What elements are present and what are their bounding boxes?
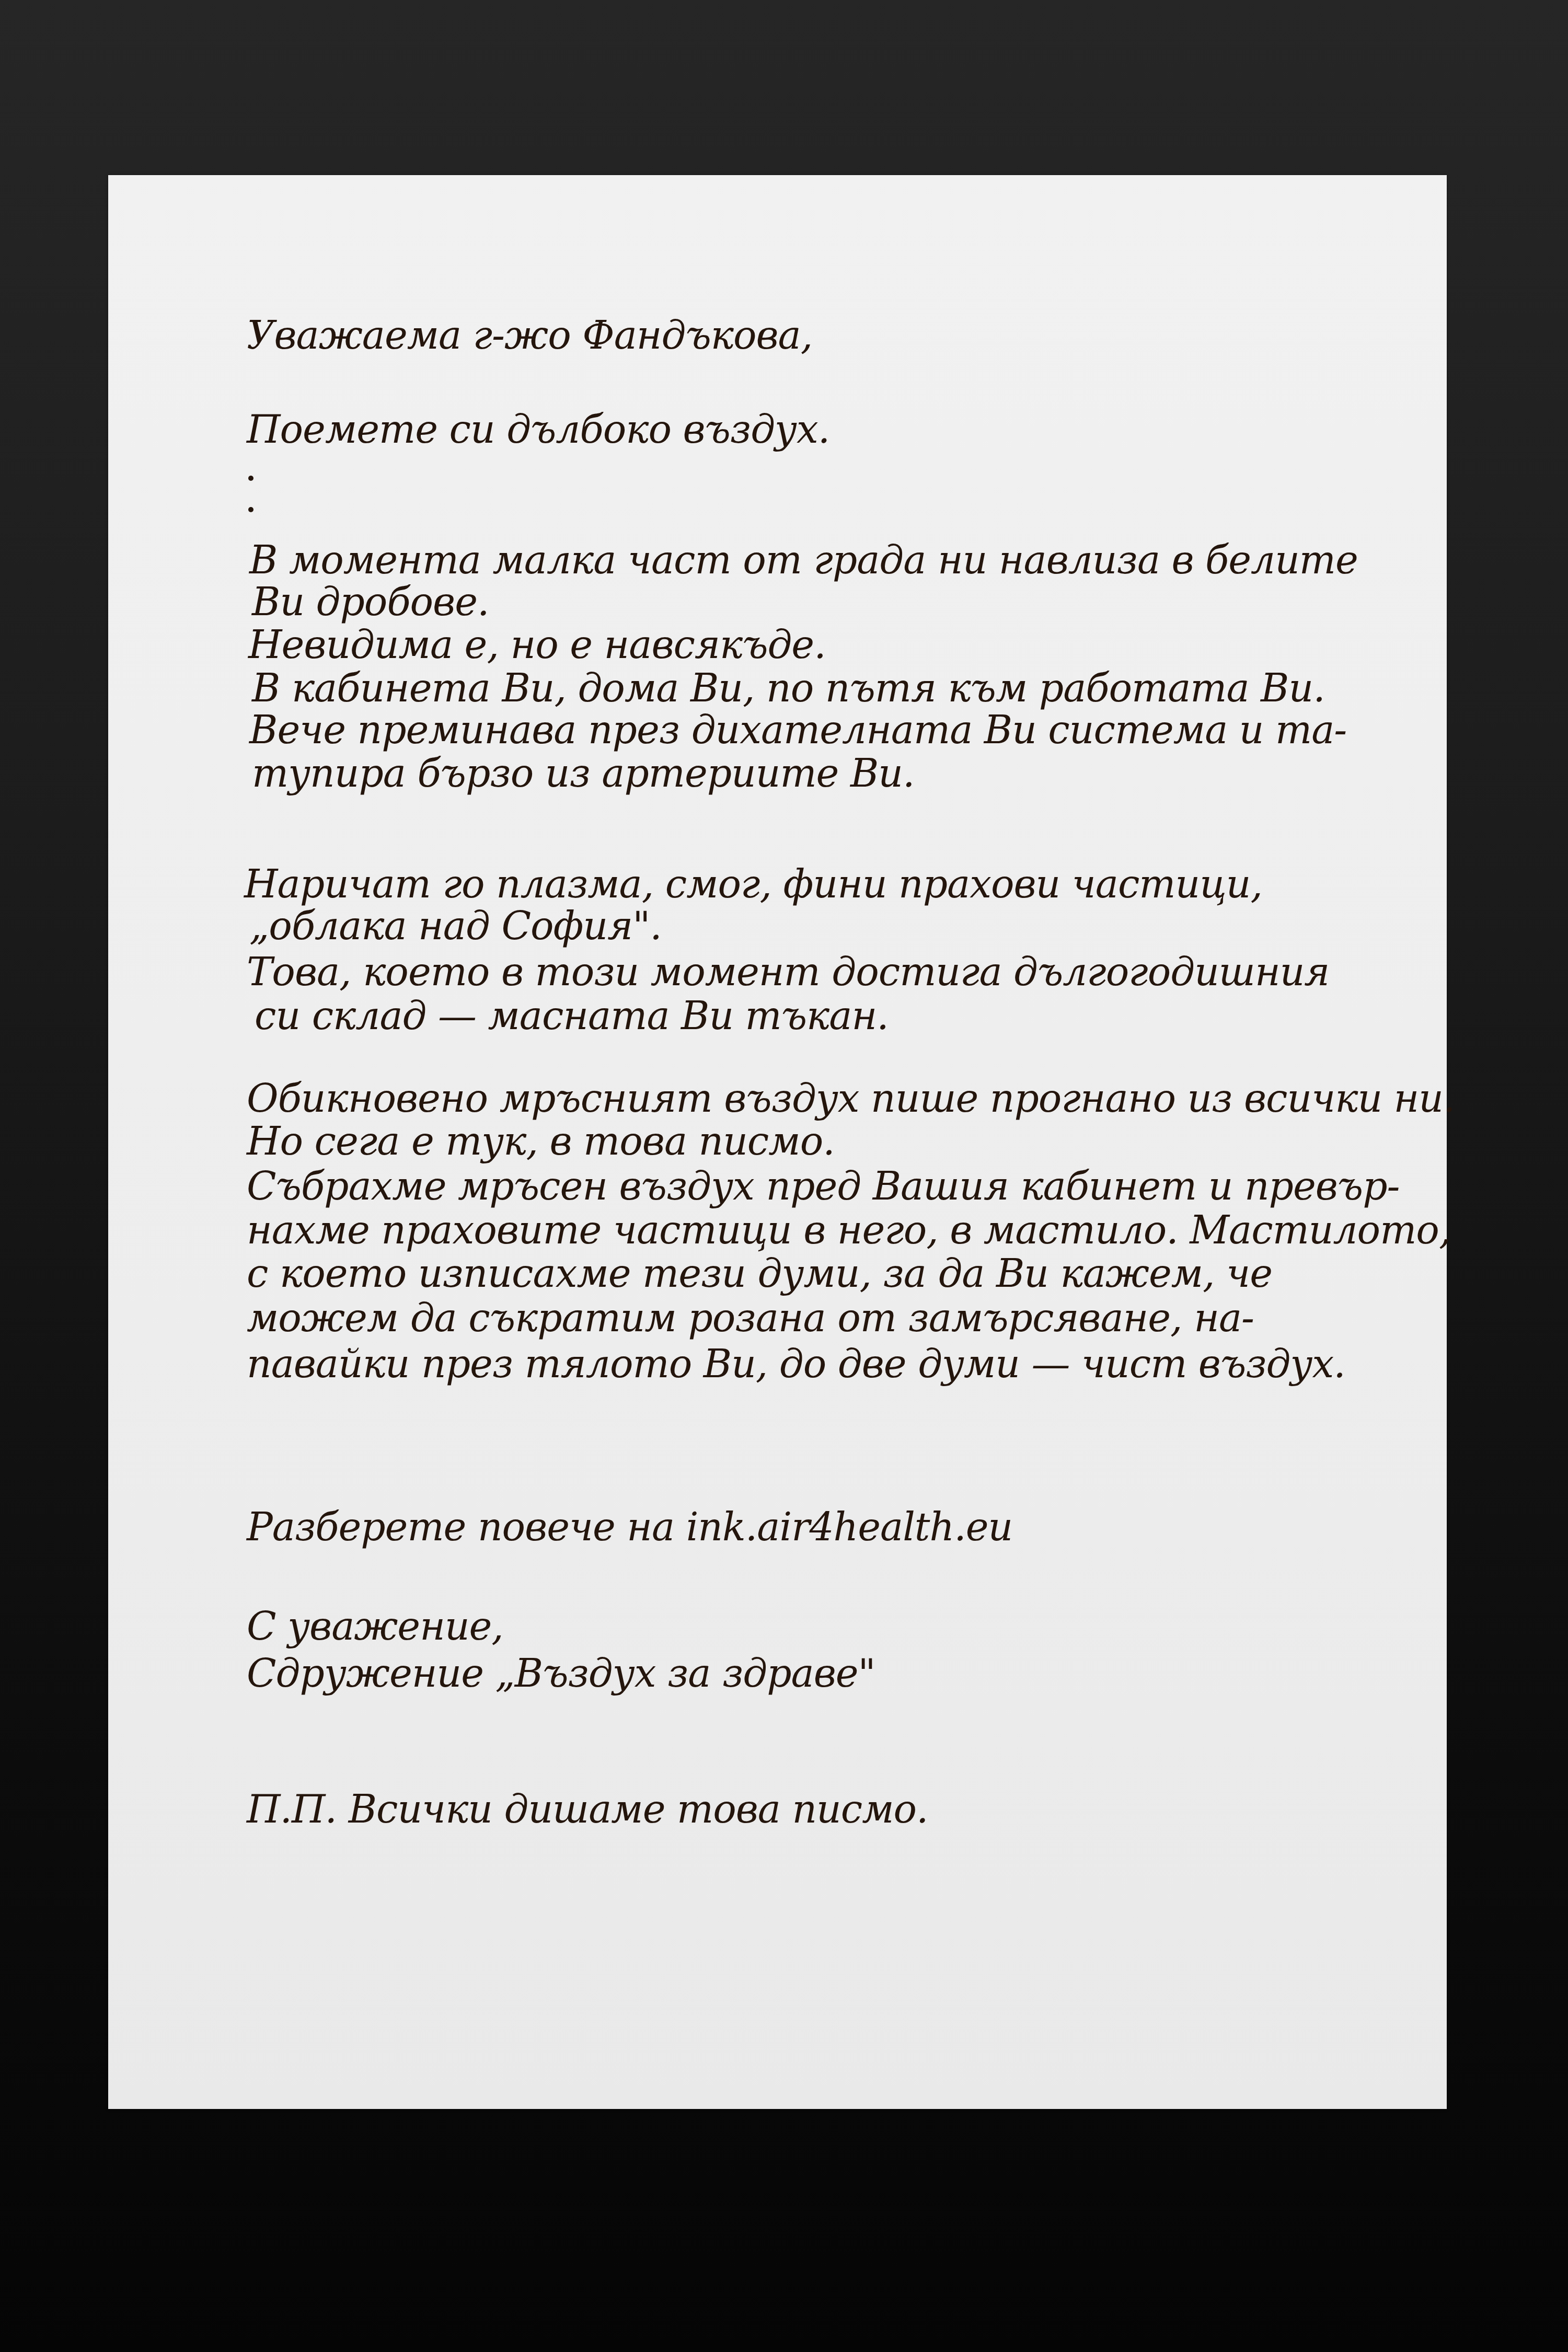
greeting: Уважаема г-жо Фандъкова, [247,316,812,355]
letter-paper: Уважаема г-жо Фандъкова, Поемете си дълб… [108,175,1447,2109]
paragraph-2-line: Това, което в този момент достига дългог… [247,953,1329,991]
opening-line: Поемете си дълбоко въздух. [247,410,829,449]
closing: С уважение, [247,1607,503,1646]
paragraph-1-line: Вече преминава през дихателната Ви систе… [249,711,1346,750]
paragraph-2-line: си склад — масната Ви тъкан. [255,997,889,1035]
paragraph-1-line: В кабинета Ви, дома Ви, по пътя към рабо… [252,669,1325,708]
pause-dot-2 [248,507,253,512]
paragraph-1-line: Ви дробове. [252,583,489,621]
paragraph-1-line: В момента малка част от града ни навлиза… [249,541,1358,580]
paragraph-3-line: павайки през тялото Ви, до две думи — чи… [247,1345,1345,1383]
paragraph-3-line: с което изписахме тези думи, за да Ви ка… [247,1254,1272,1293]
paragraph-3-line: можем да съкратим розана от замърсяване,… [247,1299,1254,1338]
pause-dot-1 [248,476,253,481]
paragraph-3-line: Но сега е тук, в това писмо. [247,1122,835,1161]
paragraph-2-line: „облака над София". [249,907,662,946]
signature: Сдружение „Въздух за здраве" [247,1654,875,1693]
postscript: П.П. Всички дишаме това писмо. [247,1790,928,1829]
paragraph-1-line: Невидима е, но е навсякъде. [248,626,826,664]
paragraph-2-line: Наричат го плазма, смог, фини прахови ча… [244,865,1262,904]
paragraph-3-line: нахме праховите частици в него, в мастил… [247,1211,1450,1250]
learn-more-link[interactable]: Разберете повече на ink.air4health.eu [247,1508,1012,1547]
paragraph-1-line: тупира бързо из артериите Ви. [252,754,914,793]
paragraph-3-line: Събрахме мръсен въздух пред Вашия кабине… [247,1167,1400,1206]
paragraph-3-line: Обикновено мръсният въздух пише прогнано… [247,1079,1455,1118]
